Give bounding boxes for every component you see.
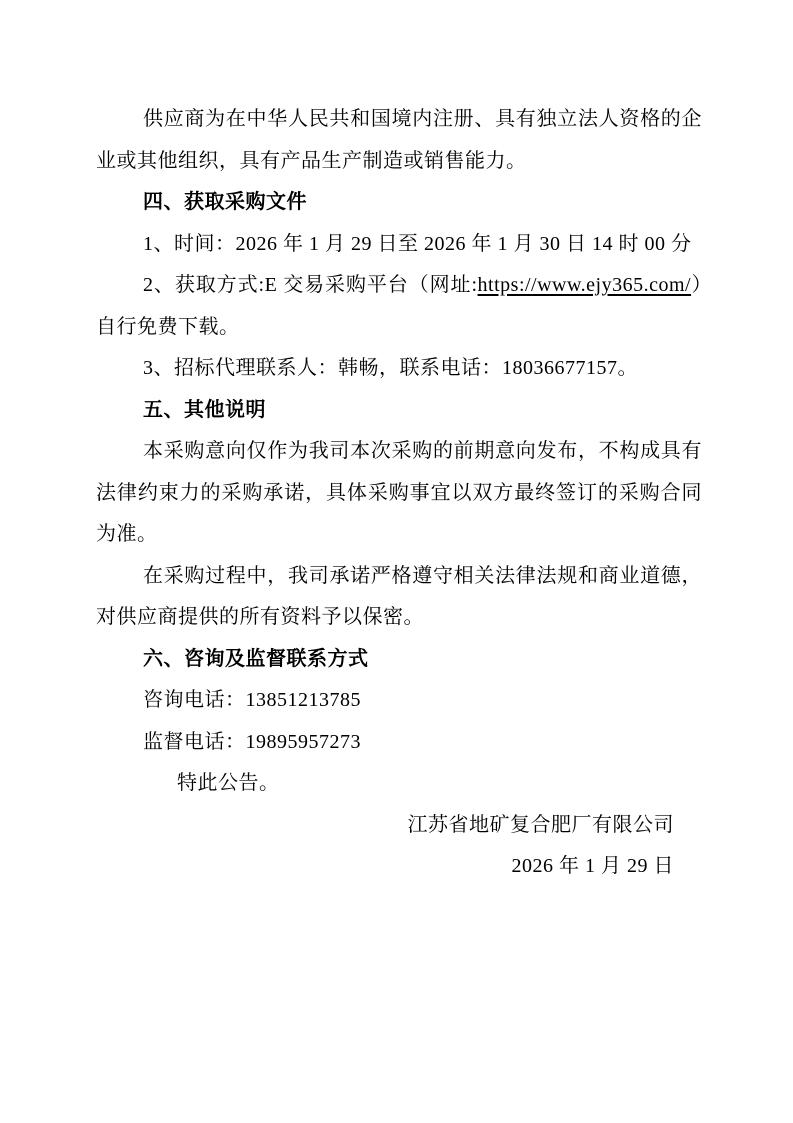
section4-heading: 四、获取采购文件 (96, 182, 702, 224)
document-page: 供应商为在中华人民共和国境内注册、具有独立法人资格的企业或其他组织，具有产品生产… (0, 0, 793, 1123)
supervise-phone-line: 监督电话：19895957273 (96, 722, 702, 764)
section6-heading: 六、咨询及监督联系方式 (96, 639, 702, 681)
consult-phone-line: 咨询电话：13851213785 (96, 680, 702, 722)
closing-statement: 特此公告。 (96, 763, 702, 805)
section4-item-method-prefix: 2、获取方式:E 交易采购平台（网址: (143, 274, 478, 296)
signature-block: 江苏省地矿复合肥厂有限公司 2026 年 1 月 29 日 (96, 805, 702, 888)
intro-paragraph: 供应商为在中华人民共和国境内注册、具有独立法人资格的企业或其他组织，具有产品生产… (96, 99, 702, 182)
section4-item-time: 1、时间：2026 年 1 月 29 日至 2026 年 1 月 30 日 14… (96, 224, 702, 266)
document-body: 供应商为在中华人民共和国境内注册、具有独立法人资格的企业或其他组织，具有产品生产… (96, 99, 702, 888)
section4-item-contact: 3、招标代理联系人：韩畅，联系电话：18036677157。 (96, 348, 702, 390)
signature-date: 2026 年 1 月 29 日 (96, 846, 674, 888)
section5-paragraph-disclaimer: 本采购意向仅作为我司本次采购的前期意向发布，不构成具有法律约束力的采购承诺，具体… (96, 431, 702, 556)
section5-paragraph-confidentiality: 在采购过程中，我司承诺严格遵守相关法律法规和商业道德，对供应商提供的所有资料予以… (96, 556, 702, 639)
section5-heading: 五、其他说明 (96, 390, 702, 432)
section4-item-method: 2、获取方式:E 交易采购平台（网址:https://www.ejy365.co… (96, 265, 702, 348)
signature-company: 江苏省地矿复合肥厂有限公司 (96, 805, 674, 847)
procurement-platform-link[interactable]: https://www.ejy365.com/ (478, 274, 692, 296)
